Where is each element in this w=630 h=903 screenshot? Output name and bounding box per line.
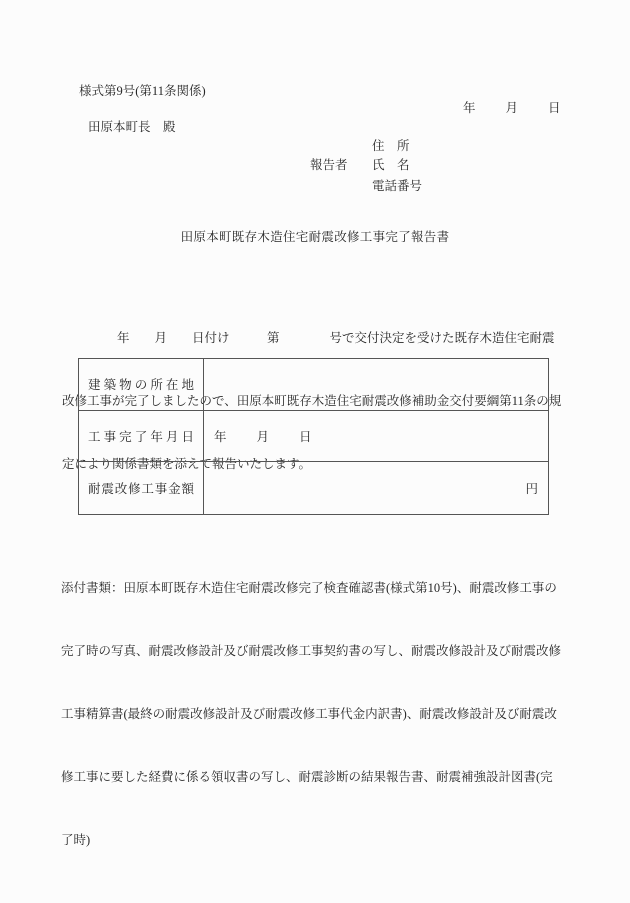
reporter-name-label: 氏 名 xyxy=(372,155,410,173)
document-title: 田原本町既存木造住宅耐震改修工事完了報告書 xyxy=(0,227,630,245)
completion-date-year-label: 年 xyxy=(214,427,227,445)
completion-report-table: 建築物の所在地 工事完了年月日 年 月 日 耐震改修工事金額 円 xyxy=(78,358,549,515)
construction-cost-label: 耐震改修工事金額 xyxy=(88,479,194,497)
construction-cost-label-cell: 耐震改修工事金額 xyxy=(79,462,204,514)
building-location-value-cell xyxy=(204,359,548,411)
construction-cost-value-cell: 円 xyxy=(204,462,548,514)
attachment-line-2: 完了時の写真、耐震改修設計及び耐震改修工事契約書の写し、耐震改修設計及び耐震改修 xyxy=(61,641,565,662)
building-location-label: 建築物の所在地 xyxy=(88,375,194,393)
attachment-line-5: 了時) xyxy=(61,830,565,851)
header-date-line: 年 月 日 xyxy=(463,98,561,116)
attachment-line-1: 添付書類：田原本町既存木造住宅耐震改修完了検査確認書(様式第10号)、耐震改修工… xyxy=(61,578,565,599)
reporter-label: 報告者 xyxy=(310,155,348,173)
form-number: 様式第9号(第11条関係) xyxy=(79,81,206,99)
date-year-label: 年 xyxy=(463,98,476,116)
completion-date-month-label: 月 xyxy=(257,427,270,445)
building-location-label-cell: 建築物の所在地 xyxy=(79,359,204,411)
attachment-line-4: 修工事に要した経費に係る領収書の写し、耐震診断の結果報告書、耐震補強設計図書(完 xyxy=(61,767,565,788)
document-page: 様式第9号(第11条関係) 年 月 日 田原本町長 殿 報告者 住 所 氏 名 … xyxy=(0,0,630,903)
date-month-label: 月 xyxy=(506,98,519,116)
body-line-1: 年 月 日付け 第 号で交付決定を受けた既存木造住宅耐震 xyxy=(62,328,564,349)
completion-date-label: 工事完了年月日 xyxy=(88,427,194,445)
completion-date-value-cell: 年 月 日 xyxy=(204,411,548,463)
completion-date-label-cell: 工事完了年月日 xyxy=(79,411,204,463)
reporter-phone-label: 電話番号 xyxy=(372,176,422,194)
attachment-line-3: 工事精算書(最終の耐震改修設計及び耐震改修工事代金内訳書)、耐震改修設計及び耐震… xyxy=(61,704,565,725)
addressee: 田原本町長 殿 xyxy=(88,117,176,135)
date-day-label: 日 xyxy=(548,98,561,116)
attachments-paragraph: 添付書類：田原本町既存木造住宅耐震改修完了検査確認書(様式第10号)、耐震改修工… xyxy=(61,536,565,893)
reporter-address-label: 住 所 xyxy=(372,136,410,154)
yen-unit-label: 円 xyxy=(525,479,538,497)
completion-date-day-label: 日 xyxy=(299,427,312,445)
